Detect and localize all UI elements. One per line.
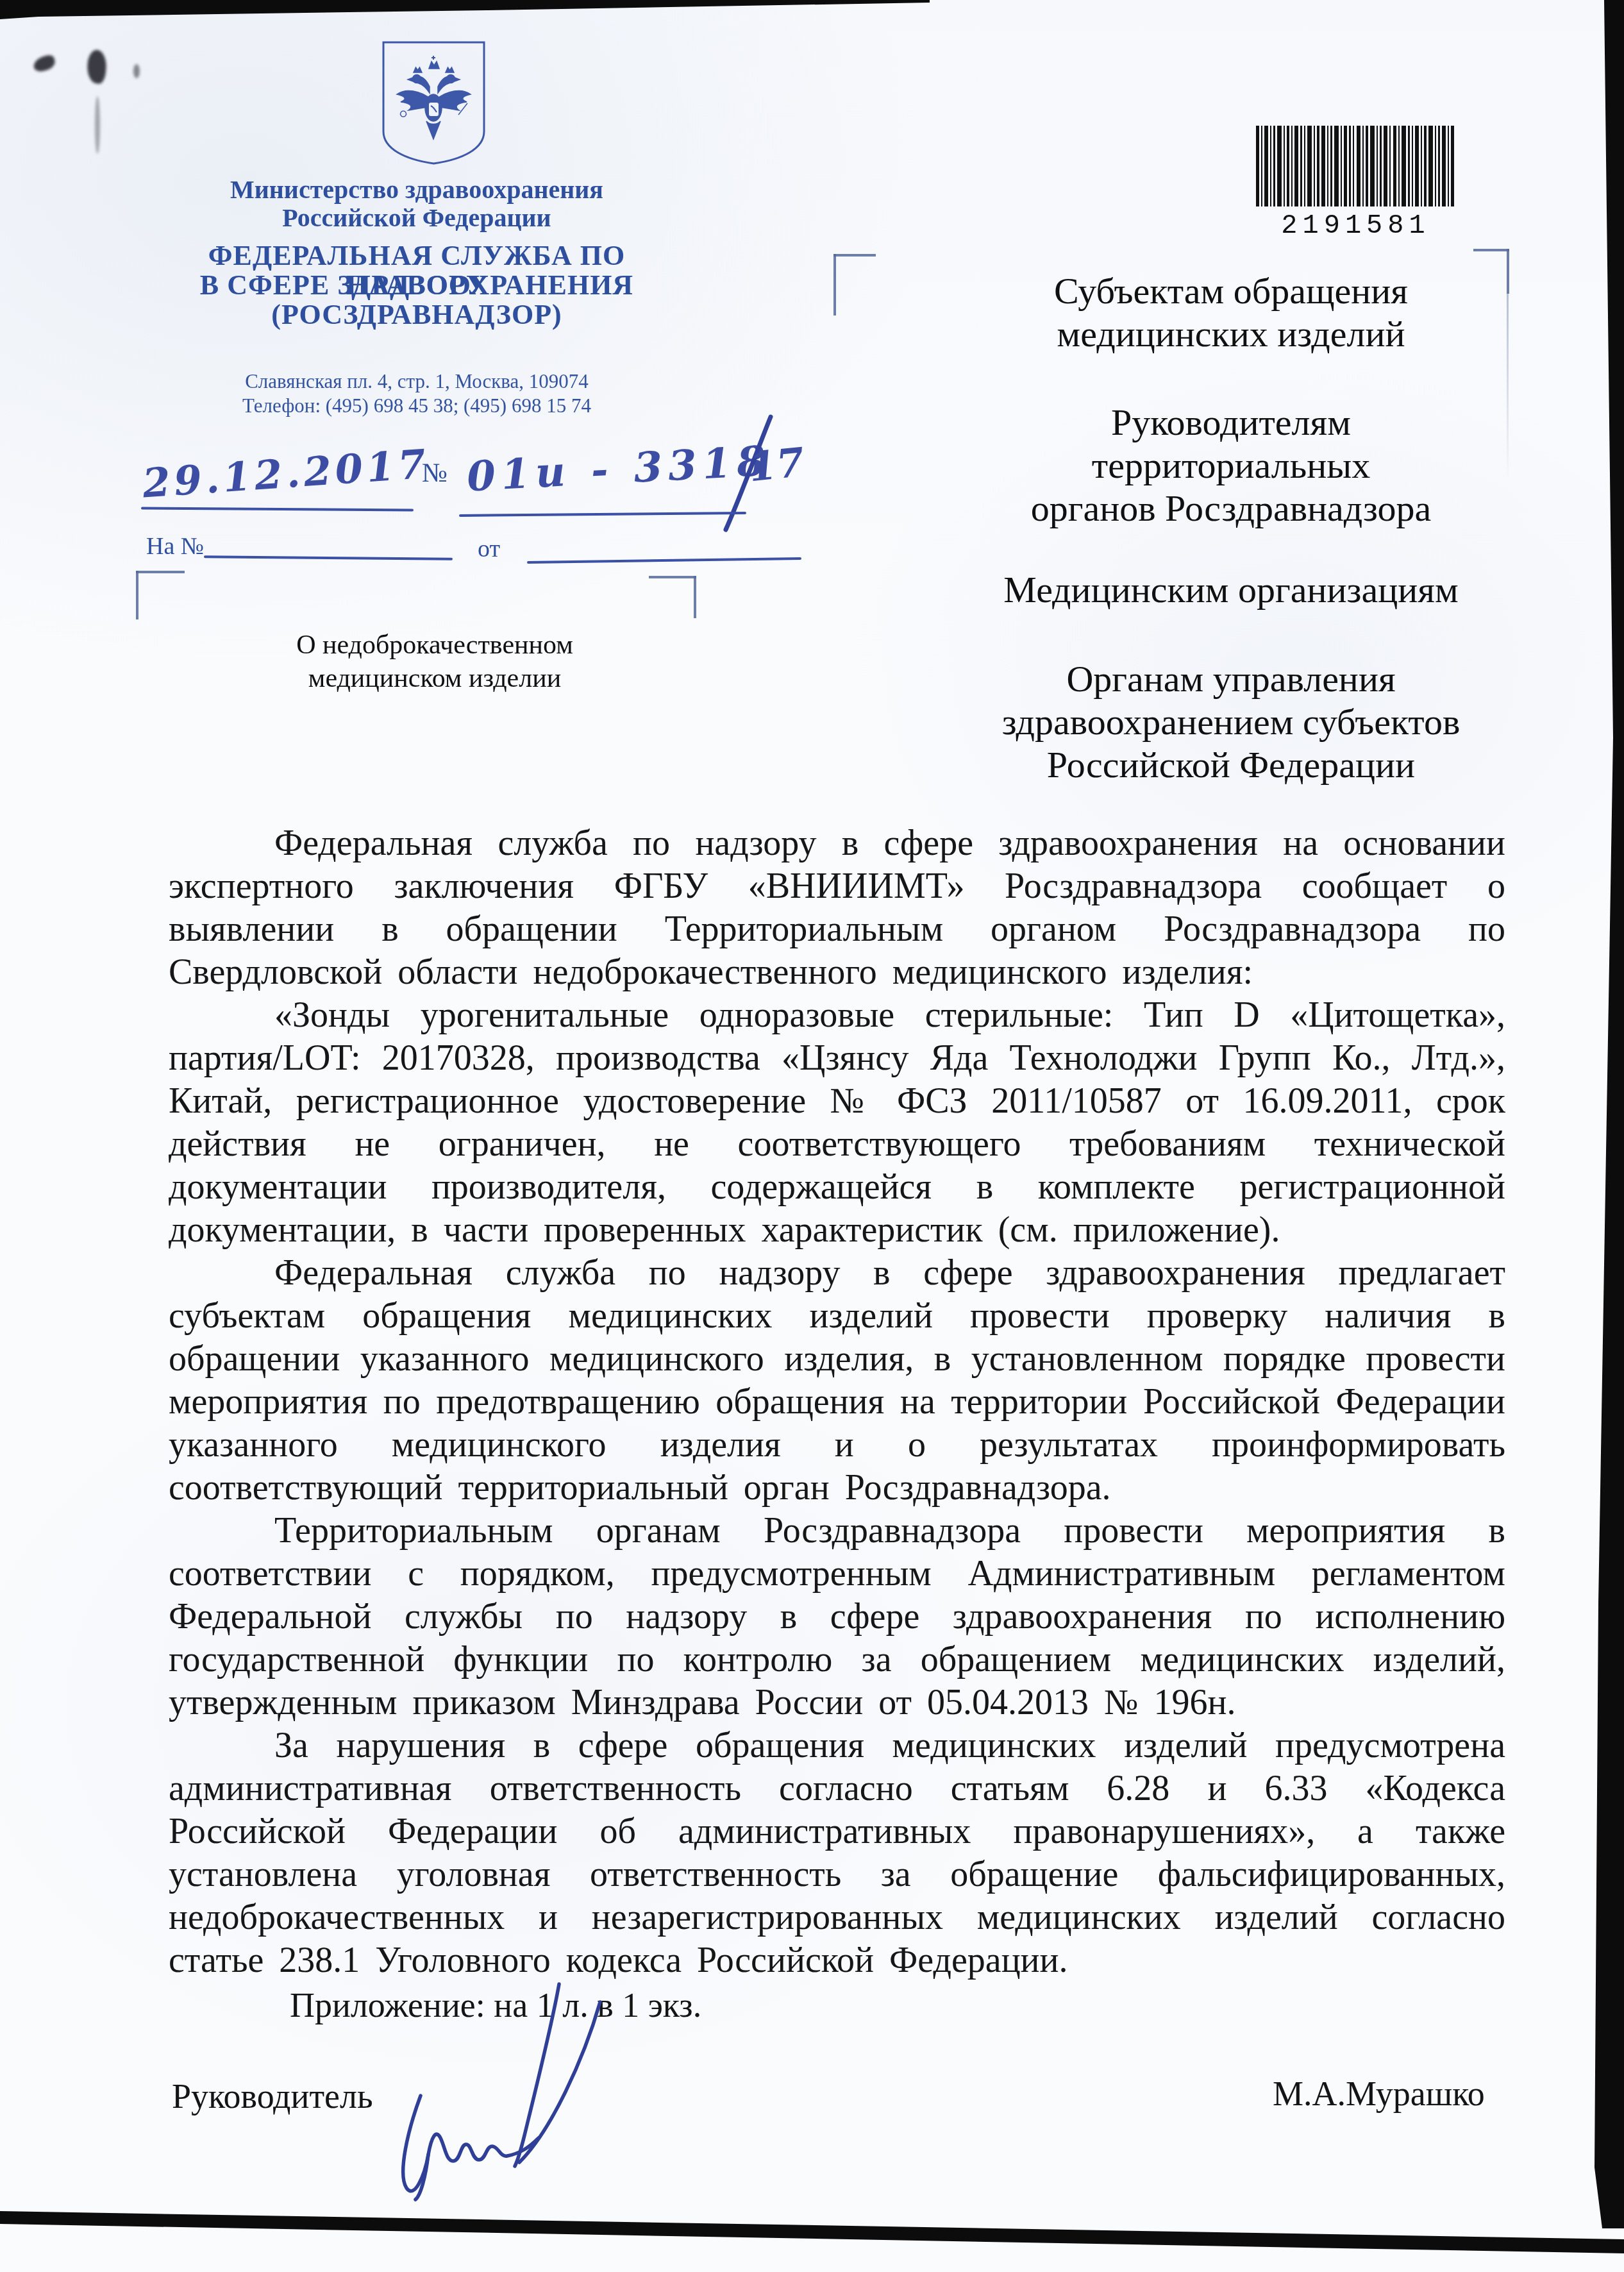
recipient-line: здравоохранением субъектов — [975, 700, 1487, 743]
signature-ink — [359, 1970, 635, 2204]
corner-mark — [136, 571, 138, 619]
recipient-line: территориальных — [975, 444, 1487, 487]
body-paragraph-2: «Зонды урогенитальные одноразовые стерил… — [169, 994, 1505, 1252]
corner-mark — [1507, 249, 1509, 294]
reply-date-underline — [527, 557, 801, 564]
outgoing-date-handwritten: 29.12.2017 — [141, 440, 431, 507]
body-paragraph-3: Федеральная служба по надзору в сфере зд… — [169, 1252, 1505, 1510]
service-name-line2: В СФЕРЕ ЗДРАВООХРАНЕНИЯ — [192, 271, 641, 300]
corner-mark — [1473, 249, 1509, 251]
body-paragraph-1: Федеральная служба по надзору в сфере зд… — [169, 822, 1505, 994]
corner-mark — [649, 576, 696, 578]
corner-mark — [1507, 294, 1509, 480]
ink-blot — [32, 54, 57, 73]
ministry-name-line1: Министерство здравоохранения — [192, 176, 641, 204]
scan-edge-right — [1593, 0, 1624, 2228]
number-underline — [459, 512, 746, 517]
letterhead-address: Славянская пл. 4, стр. 1, Москва, 109074 — [192, 371, 641, 392]
recipient-group-4: Органам управления здравоохранением субъ… — [975, 657, 1487, 786]
recipient-group-2: Руководителям территориальных органов Ро… — [975, 401, 1487, 530]
ink-blot — [95, 96, 100, 154]
recipient-line: Медицинским организациям — [975, 568, 1487, 611]
recipient-group-1: Субъектам обращения медицинских изделий — [975, 269, 1487, 355]
ministry-name-line2: Российской Федерации — [192, 204, 641, 232]
signer-name: М.А.Мурашко — [1273, 2074, 1497, 2114]
ink-blot — [85, 49, 109, 85]
corner-mark — [833, 254, 876, 257]
scan-edge-bottom — [0, 2206, 1624, 2272]
ink-blot — [133, 64, 140, 78]
subject-line2: медицинском изделии — [281, 662, 589, 695]
letter-body: Федеральная служба по надзору в сфере зд… — [169, 822, 1505, 1982]
corner-mark — [833, 254, 836, 316]
date-underline — [141, 507, 414, 512]
signer-title: Руководитель — [172, 2076, 373, 2116]
corner-mark — [694, 576, 696, 618]
outgoing-number-year: 17 — [746, 439, 806, 491]
body-paragraph-4: Территориальным органам Росздравнадзора … — [169, 1510, 1505, 1724]
recipient-line: медицинских изделий — [975, 312, 1487, 355]
recipient-line: Органам управления — [975, 657, 1487, 700]
recipient-line: Российской Федерации — [975, 743, 1487, 786]
scanned-letter-page: Министерство здравоохранения Российской … — [0, 0, 1624, 2272]
body-paragraph-5: За нарушения в сфере обращения медицинск… — [169, 1724, 1505, 1982]
barcode-number: 2191581 — [1256, 210, 1455, 241]
subject-line1: О недоброкачественном — [281, 628, 589, 662]
recipient-group-3: Медицинским организациям — [975, 568, 1487, 611]
coat-of-arms-icon — [381, 40, 486, 166]
recipient-line: органов Росздравнадзора — [975, 487, 1487, 530]
recipient-line: Субъектам обращения — [975, 269, 1487, 312]
reply-number-underline — [204, 555, 453, 560]
number-sign: № — [422, 458, 448, 489]
service-name-line3: (РОСЗДРАВНАДЗОР) — [192, 300, 641, 330]
scan-edge-top — [0, 0, 930, 21]
reply-to-label: На № — [146, 532, 204, 560]
corner-mark — [136, 571, 185, 573]
letterhead-phone: Телефон: (495) 698 45 38; (495) 698 15 7… — [192, 395, 641, 417]
recipient-line: Руководителям — [975, 401, 1487, 444]
barcode — [1256, 126, 1455, 206]
reply-from-label: от — [478, 535, 500, 563]
